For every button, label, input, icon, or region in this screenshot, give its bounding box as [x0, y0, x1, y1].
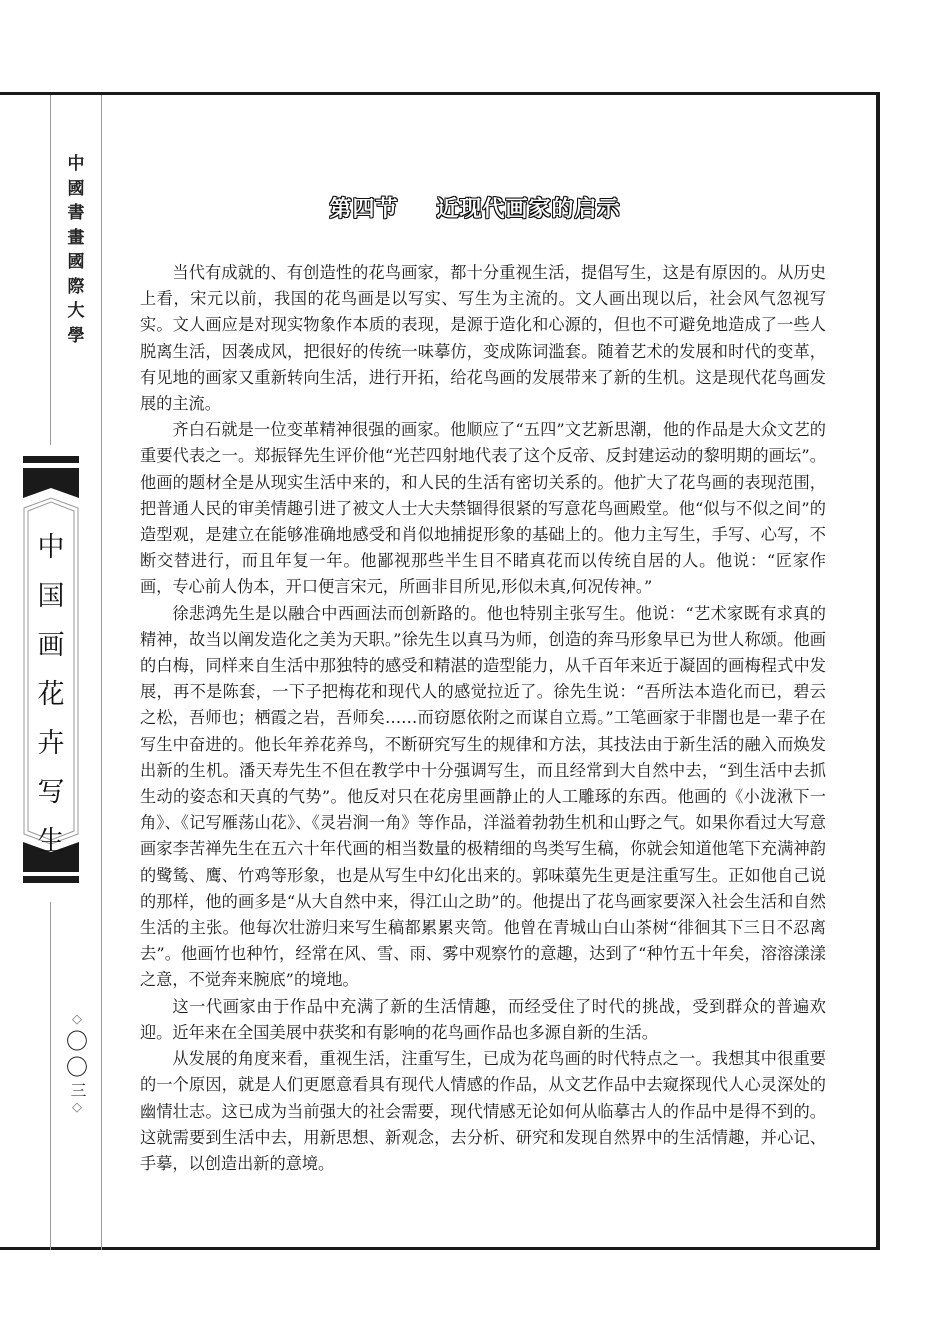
- section-number: 第四节: [329, 197, 398, 222]
- book-title-char: 国: [28, 572, 74, 621]
- book-title-char: 中: [28, 523, 74, 572]
- book-title: 中 国 画 花 卉 写 生: [28, 523, 74, 866]
- body-text: 当代有成就的、有创造性的花鸟画家，都十分重视生活，提倡写生，这是有原因的。从历史…: [140, 260, 826, 1177]
- page-number-digit: 三: [66, 1082, 88, 1098]
- book-title-char: 生: [28, 817, 74, 866]
- ornament-bar-bottom: [23, 876, 79, 883]
- sidebar-rule-outer-top: [50, 95, 51, 445]
- diamond-ornament-icon: ◇: [64, 1010, 90, 1030]
- book-title-char: 写: [28, 768, 74, 817]
- paragraph: 当代有成就的、有创造性的花鸟画家，都十分重视生活，提倡写生，这是有原因的。从历史…: [140, 260, 826, 417]
- paragraph: 徐悲鸿先生是以融合中西画法而创新路的。他也特别主张写生。他说：“艺术家既有求真的…: [140, 601, 826, 994]
- page-number-digit: 〇: [64, 1056, 90, 1082]
- paragraph: 齐白石就是一位变革精神很强的画家。他顺应了“五四”文艺新思潮，他的作品是大众文艺…: [140, 417, 826, 600]
- page-number: ◇ 〇 〇 三 ◇: [64, 1010, 90, 1118]
- sidebar-rule-outer-bottom: [50, 902, 51, 1250]
- sidebar-rule-inner: [101, 95, 102, 1250]
- ornament-bar-top: [23, 456, 79, 463]
- ornament-cap-top: [23, 468, 79, 498]
- book-title-char: 花: [28, 670, 74, 719]
- institution-char: 畫: [62, 226, 90, 251]
- diamond-ornament-icon: ◇: [64, 1098, 90, 1118]
- institution-char: 際: [62, 275, 90, 300]
- section-heading: 第四节近现代画家的启示: [0, 192, 950, 223]
- book-title-char: 画: [28, 621, 74, 670]
- institution-char: 國: [62, 250, 90, 275]
- book-title-char: 卉: [28, 719, 74, 768]
- institution-char: 中: [62, 152, 90, 177]
- page-number-digit: 〇: [64, 1030, 90, 1056]
- institution-char: 學: [62, 324, 90, 349]
- paragraph: 从发展的角度来看，重视生活，注重写生，已成为花鸟画的时代特点之一。我想其中很重要…: [140, 1046, 826, 1177]
- paragraph: 这一代画家由于作品中充满了新的生活情趣，而经受住了时代的挑战，受到群众的普遍欢迎…: [140, 994, 826, 1046]
- section-title: 近现代画家的启示: [437, 197, 621, 222]
- institution-name: 中 國 書 畫 國 際 大 學: [62, 152, 90, 348]
- institution-char: 大: [62, 299, 90, 324]
